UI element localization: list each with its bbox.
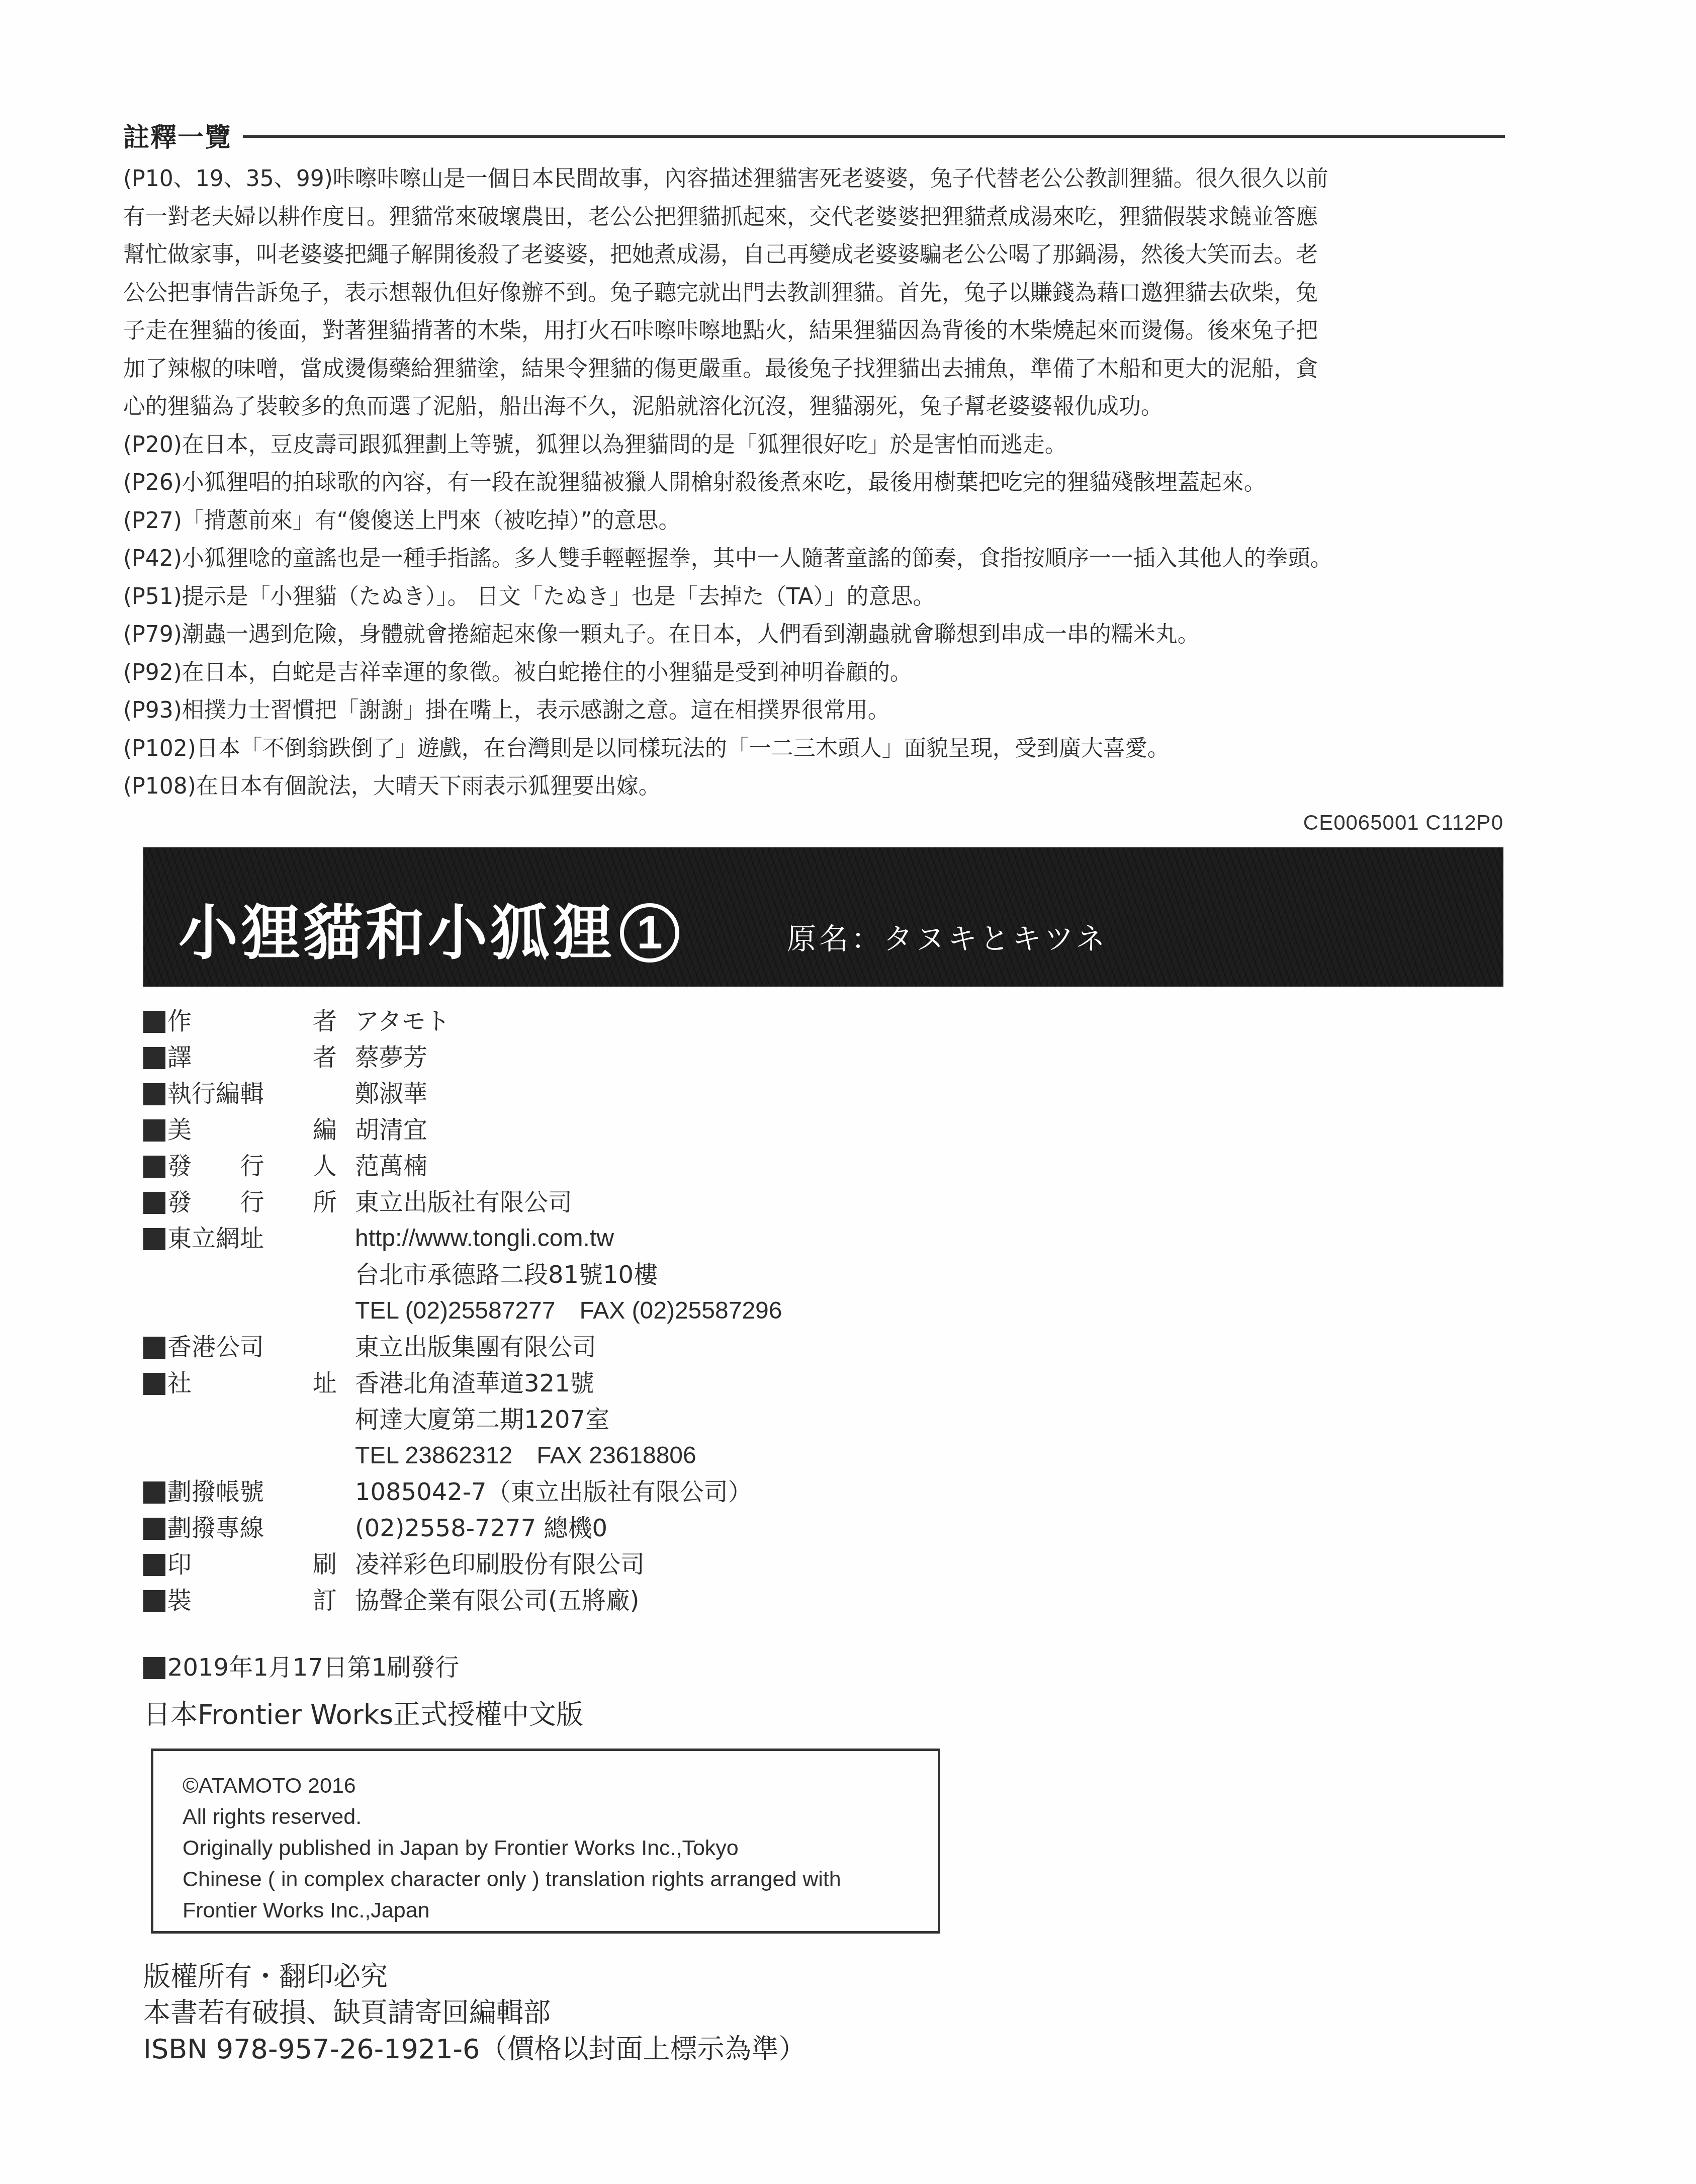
catalog-code: CE0065001 C112P0: [1303, 811, 1503, 835]
note-kachikachi-line-3: 幫忙做家事，叫老婆婆把繩子解開後殺了老婆婆，把她煮成湯，自己再變成老婆婆騙老公公…: [123, 236, 1511, 274]
credit-label: 發 行 所: [167, 1184, 337, 1220]
credit-label: 劃撥帳號: [167, 1474, 337, 1510]
note-kachikachi-line-5: 子走在狸貓的後面，對著狸貓揹著的木柴，用打火石咔嚓咔嚓地點火，結果狸貓因為背後的…: [123, 312, 1511, 350]
credit-printer: 印 刷 凌祥彩色印刷股份有限公司: [143, 1546, 898, 1583]
credit-value: TEL 23862312 FAX 23618806: [355, 1438, 696, 1474]
credit-author: 作 者 アタモト: [143, 1003, 898, 1039]
notes-list: (P10、19、35、99)咔嚓咔嚓山是一個日本民間故事，內容描述狸貓害死老婆婆…: [123, 160, 1511, 806]
original-publisher-line: Originally published in Japan by Frontie…: [183, 1832, 938, 1864]
credit-label: 美 編: [167, 1112, 337, 1148]
note-p42: (P42)小狐狸唸的童謠也是一種手指謠。多人雙手輕輕握拳，其中一人隨著童謠的節奏…: [123, 540, 1511, 578]
copyright-line: ©ATAMOTO 2016: [183, 1770, 938, 1801]
notes-title: 註釋一覽: [123, 116, 232, 154]
title-band: 小狸貓和小狐狸 1 原名：タヌキとキツネ: [143, 847, 1503, 987]
note-p79: (P79)潮蟲一遇到危險，身體就會捲縮起來像一顆丸子。在日本，人們看到潮蟲就會聯…: [123, 616, 1511, 654]
isbn-line: ISBN 978-957-26-1921-6（價格以封面上標示為準）: [143, 2031, 806, 2067]
credit-label: 作 者: [167, 1003, 337, 1039]
translation-rights-line-2: Frontier Works Inc.,Japan: [183, 1895, 938, 1926]
square-bullet-icon: [143, 1481, 165, 1504]
note-p93: (P93)相撲力士習慣把「謝謝」掛在嘴上，表示感謝之意。這在相撲界很常用。: [123, 691, 1511, 730]
credit-hk-address: 社 址 香港北角渣華道321號: [143, 1365, 898, 1402]
original-title: 原名：タヌキとキツネ: [787, 915, 1108, 957]
square-bullet-icon: [143, 1554, 165, 1576]
notes-header: 註釋一覽: [123, 115, 1505, 155]
credit-value: 東立出版社有限公司: [355, 1184, 572, 1220]
credit-hk-phone: TEL 23862312 FAX 23618806: [143, 1438, 898, 1474]
note-p51: (P51)提示是「小狸貓（たぬき）」。 日文「たぬき」也是「去掉た（TA）」的意…: [123, 578, 1511, 616]
square-bullet-icon: [143, 1337, 165, 1359]
note-kachikachi-line-2: 有一對老夫婦以耕作度日。狸貓常來破壞農田，老公公把狸貓抓起來，交代老婆婆把狸貓煮…: [123, 198, 1511, 236]
credit-taipei-phone: TEL (02)25587277 FAX (02)25587296: [143, 1293, 898, 1329]
credit-label: 東立網址: [167, 1220, 337, 1257]
credit-label: 社 址: [167, 1365, 337, 1402]
credit-label: 香港公司: [167, 1329, 337, 1365]
note-kachikachi-line-7: 心的狸貓為了裝較多的魚而選了泥船，船出海不久，泥船就溶化沉沒，狸貓溺死，兔子幫老…: [123, 388, 1511, 426]
credit-value: 協聲企業有限公司(五將廠): [355, 1583, 639, 1619]
credit-postal-line: 劃撥專線 (02)2558-7277 總機0: [143, 1510, 898, 1546]
credit-postal-account: 劃撥帳號 1085042-7（東立出版社有限公司）: [143, 1474, 898, 1510]
note-p20: (P20)在日本，豆皮壽司跟狐狸劃上等號，狐狸以為狸貓問的是「狐狸很好吃」於是害…: [123, 426, 1511, 464]
credit-label: 譯 者: [167, 1039, 337, 1076]
credit-value: (02)2558-7277 總機0: [355, 1510, 607, 1546]
square-bullet-icon: [143, 1228, 165, 1250]
square-bullet-icon: [143, 1083, 165, 1105]
square-bullet-icon: [143, 1657, 165, 1679]
credit-value: TEL (02)25587277 FAX (02)25587296: [355, 1293, 782, 1329]
note-p102: (P102)日本「不倒翁跌倒了」遊戲，在台灣則是以同樣玩法的「一二三木頭人」面貌…: [123, 730, 1511, 768]
note-kachikachi-line-4: 公公把事情告訴兔子，表示想報仇但好像辦不到。兔子聽完就出門去教訓狸貓。首先，兔子…: [123, 274, 1511, 312]
credit-value: 鄭淑華: [355, 1076, 427, 1112]
credit-taipei-address: 台北市承德路二段81號10樓: [143, 1257, 898, 1293]
credit-value: 柯達大廈第二期1207室: [355, 1402, 609, 1438]
rights-reserved-line: All rights reserved.: [183, 1801, 938, 1832]
square-bullet-icon: [143, 1192, 165, 1214]
print-date-text: 2019年1月17日第1刷發行: [167, 1649, 459, 1686]
credit-publisher-person: 發 行 人 范萬楠: [143, 1148, 898, 1184]
credit-translator: 譯 者 蔡夢芳: [143, 1039, 898, 1076]
note-p27: (P27)「揹蔥前來」有“傻傻送上門來（被吃掉）”的意思。: [123, 502, 1511, 540]
book-title-text: 小狸貓和小狐狸: [178, 898, 615, 968]
footer: 版權所有・翻印必究 本書若有破損、缺頁請寄回編輯部 ISBN 978-957-2…: [143, 1959, 806, 2067]
credit-value: アタモト: [355, 1003, 450, 1039]
note-p92: (P92)在日本，白蛇是吉祥幸運的象徵。被白蛇捲住的小狸貓是受到神明眷顧的。: [123, 654, 1511, 692]
credit-value: 1085042-7（東立出版社有限公司）: [355, 1474, 752, 1510]
copyright-notice: 版權所有・翻印必究: [143, 1959, 806, 1995]
credit-label: 印 刷: [167, 1546, 337, 1583]
credit-value: 胡清宜: [355, 1112, 427, 1148]
square-bullet-icon: [143, 1518, 165, 1540]
volume-number-circle: 1: [620, 903, 679, 963]
credit-value: 范萬楠: [355, 1148, 427, 1184]
square-bullet-icon: [143, 1119, 165, 1142]
credit-website: 東立網址 http://www.tongli.com.tw: [143, 1220, 898, 1257]
note-p26: (P26)小狐狸唱的拍球歌的內容，有一段在說狸貓被獵人開槍射殺後煮來吃，最後用樹…: [123, 464, 1511, 502]
credit-hk-company: 香港公司 東立出版集團有限公司: [143, 1329, 898, 1365]
credit-value: 東立出版集團有限公司: [355, 1329, 596, 1365]
credit-value: 台北市承德路二段81號10樓: [355, 1257, 658, 1293]
credits-list: 作 者 アタモト 譯 者 蔡夢芳 執行編輯 鄭淑華 美 編 胡清宜 發 行 人: [143, 1003, 898, 1619]
copyright-box: ©ATAMOTO 2016 All rights reserved. Origi…: [151, 1749, 940, 1934]
note-kachikachi-line-6: 加了辣椒的味噌，當成燙傷藥給狸貓塗，結果令狸貓的傷更嚴重。最後兔子找狸貓出去捕魚…: [123, 350, 1511, 388]
square-bullet-icon: [143, 1047, 165, 1069]
credit-value: 香港北角渣華道321號: [355, 1365, 594, 1402]
credit-executive-editor: 執行編輯 鄭淑華: [143, 1076, 898, 1112]
website-link[interactable]: http://www.tongli.com.tw: [355, 1220, 614, 1257]
credit-value: 凌祥彩色印刷股份有限公司: [355, 1546, 645, 1583]
note-kachikachi-line-1: (P10、19、35、99)咔嚓咔嚓山是一個日本民間故事，內容描述狸貓害死老婆婆…: [123, 160, 1511, 198]
credit-value: 蔡夢芳: [355, 1039, 427, 1076]
credit-binding: 裝 訂 協聲企業有限公司(五將廠): [143, 1583, 898, 1619]
note-p108: (P108)在日本有個說法，大晴天下雨表示狐狸要出嫁。: [123, 767, 1511, 806]
square-bullet-icon: [143, 1590, 165, 1612]
credit-label: 劃撥專線: [167, 1510, 337, 1546]
square-bullet-icon: [143, 1156, 165, 1178]
credit-publisher-company: 發 行 所 東立出版社有限公司: [143, 1184, 898, 1220]
credit-label: 發 行 人: [167, 1148, 337, 1184]
damage-return-notice: 本書若有破損、缺頁請寄回編輯部: [143, 1995, 806, 2031]
credit-art-editor: 美 編 胡清宜: [143, 1112, 898, 1148]
license-statement: 日本Frontier Works正式授權中文版: [143, 1695, 583, 1735]
square-bullet-icon: [143, 1011, 165, 1033]
translation-rights-line: Chinese ( in complex character only ) tr…: [183, 1864, 938, 1895]
credit-label: 執行編輯: [167, 1076, 337, 1112]
square-bullet-icon: [143, 1373, 165, 1395]
credit-hk-address-2: 柯達大廈第二期1207室: [143, 1402, 898, 1438]
print-date: 2019年1月17日第1刷發行: [143, 1649, 459, 1686]
header-rule-divider: [243, 135, 1505, 138]
credit-label: 裝 訂: [167, 1583, 337, 1619]
book-title: 小狸貓和小狐狸 1: [178, 898, 679, 968]
